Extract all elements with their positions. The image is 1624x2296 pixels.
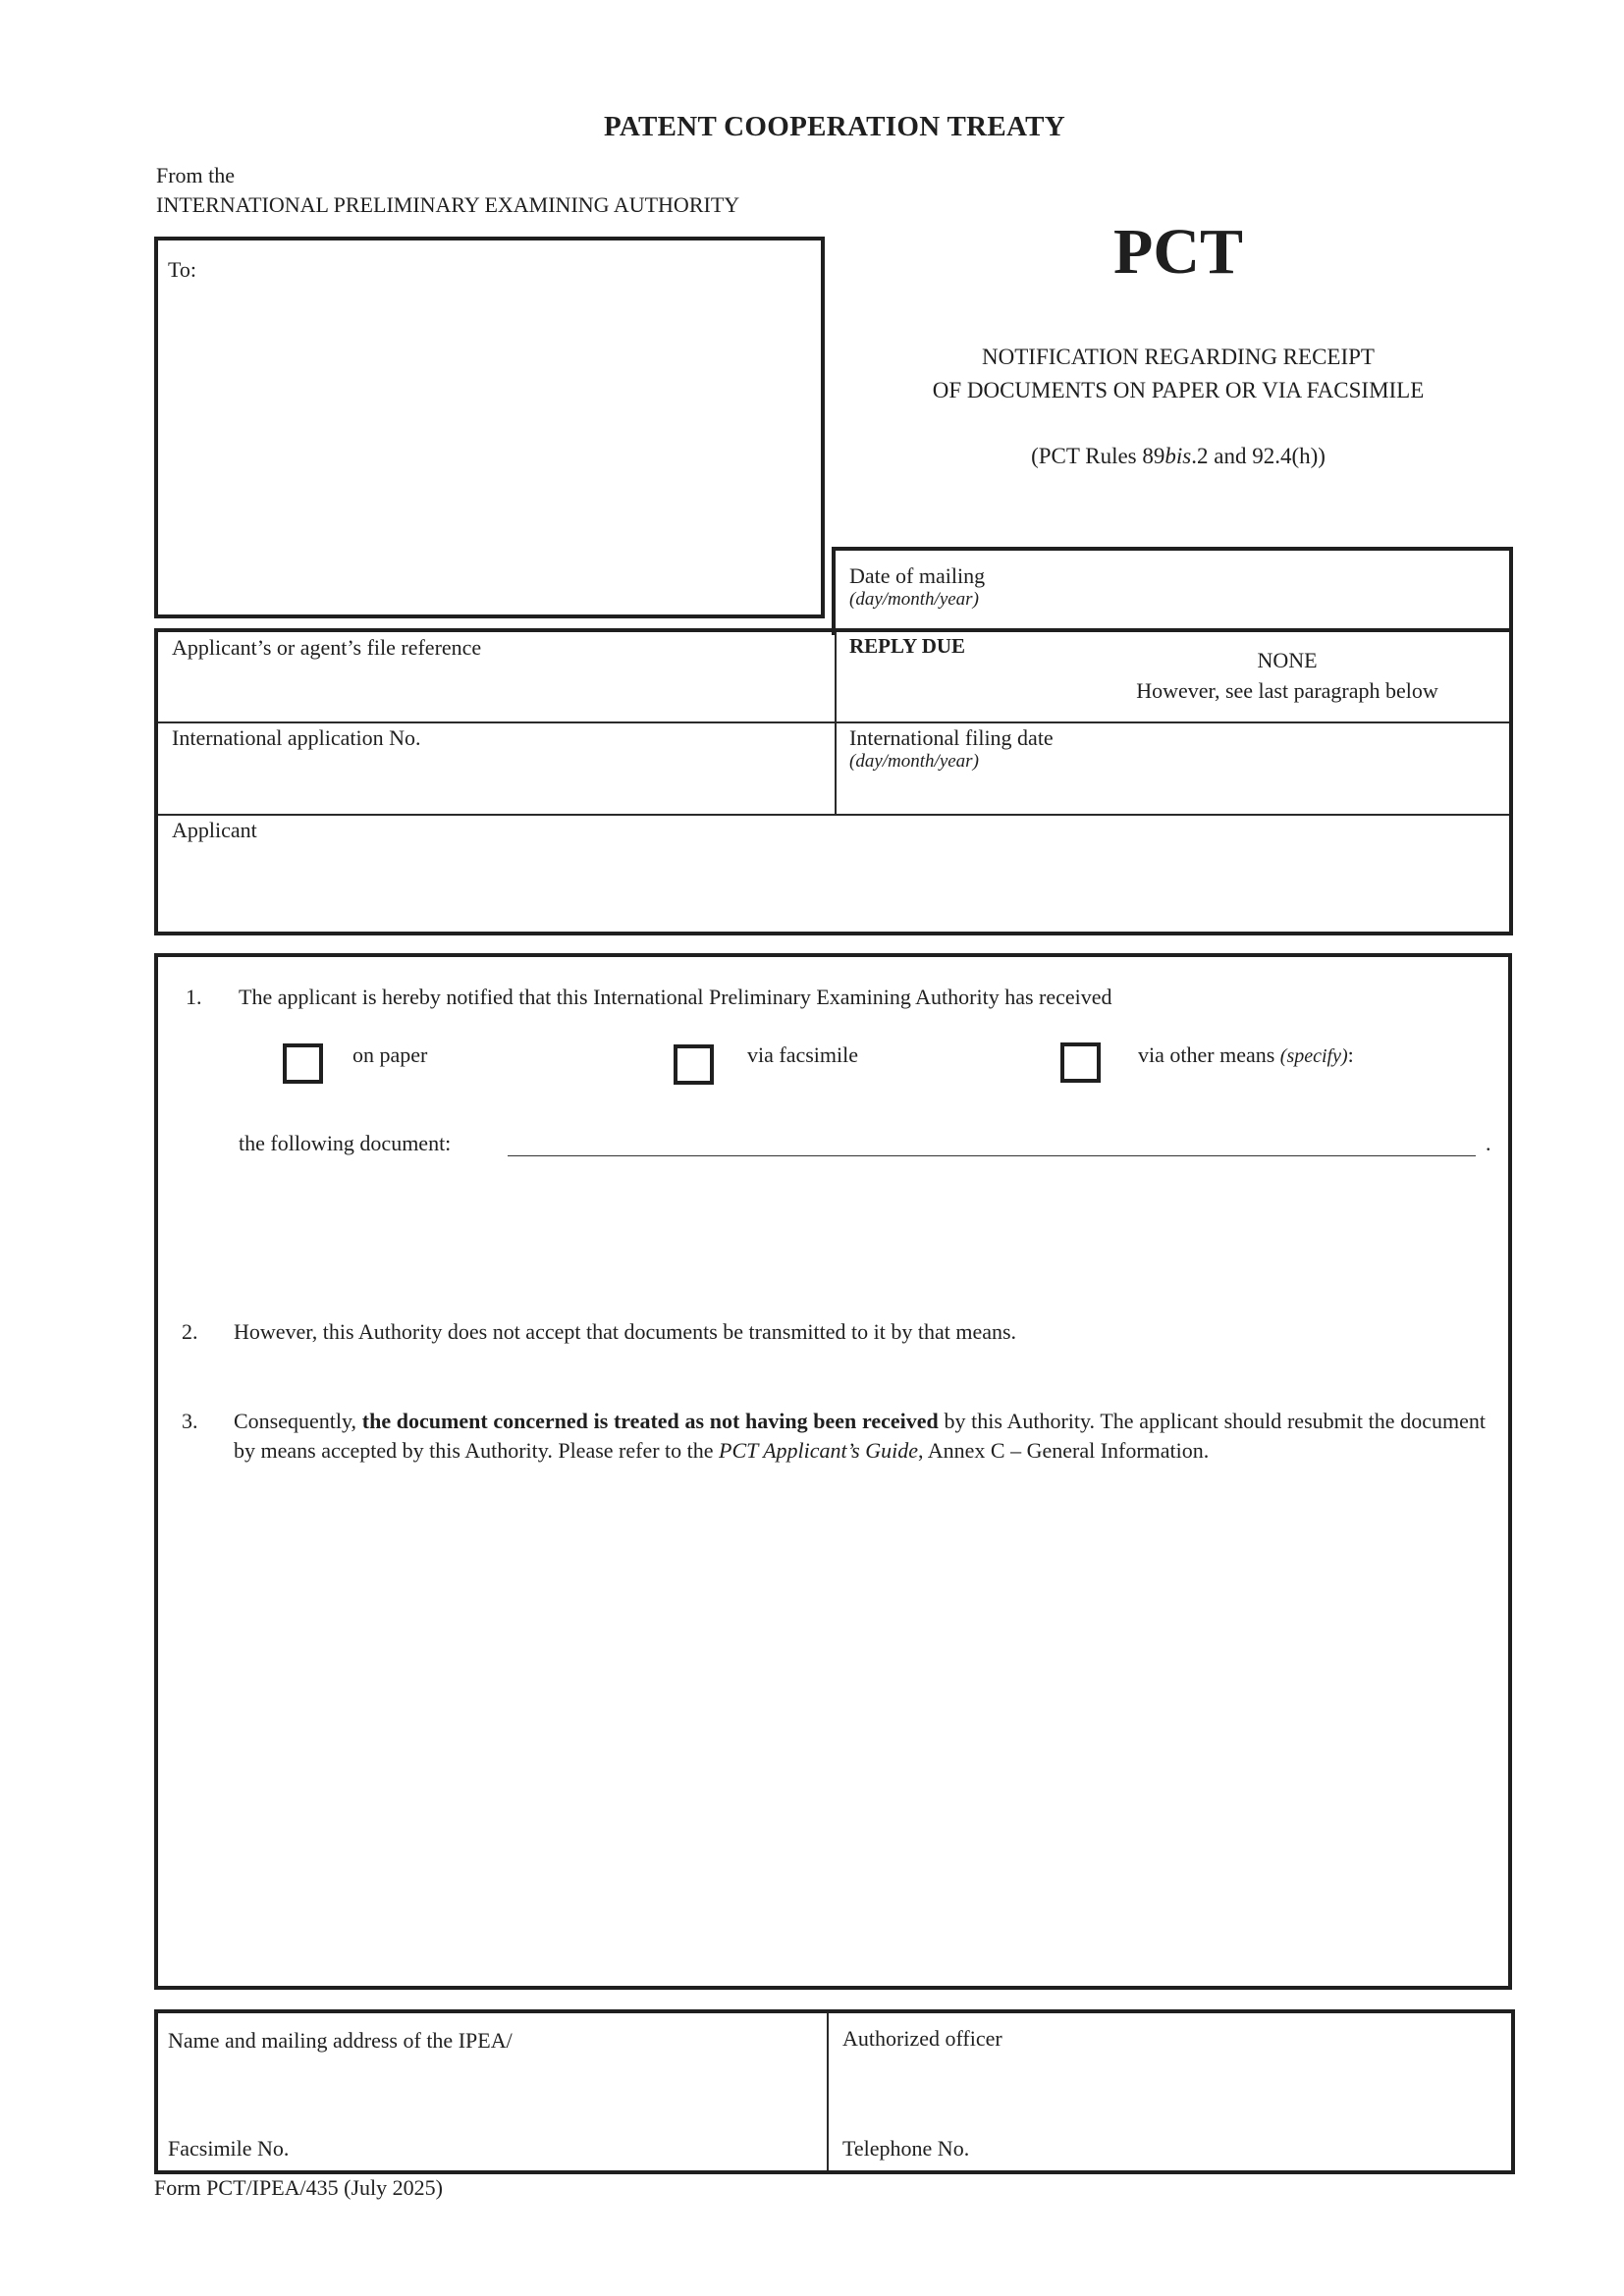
following-document-field[interactable] — [508, 1124, 1476, 1156]
to-label: To: — [168, 258, 196, 282]
applicant-label: Applicant — [172, 819, 257, 842]
following-document-label: the following document: — [239, 1132, 451, 1155]
facsimile-label: Facsimile No. — [168, 2137, 289, 2161]
form-identifier: Form PCT/IPEA/435 (July 2025) — [154, 2176, 443, 2200]
application-no-field[interactable] — [172, 758, 824, 799]
authorized-officer-label: Authorized officer — [842, 2027, 1002, 2051]
ipea-footer-box: Name and mailing address of the IPEA/ Fa… — [154, 2009, 1515, 2174]
option-on-paper-label: on paper — [352, 1043, 427, 1067]
applicants-guide-reference: PCT Applicant’s Guide — [719, 1438, 918, 1463]
item-2-text: However, this Authority does not accept … — [234, 1320, 1016, 1344]
other-means-colon: : — [1348, 1042, 1354, 1067]
ipea-address-label: Name and mailing address of the IPEA/ — [168, 2029, 513, 2053]
applicant-field[interactable] — [172, 852, 1491, 913]
notification-title-line-1: NOTIFICATION REGARDING RECEIPT — [884, 346, 1473, 369]
item-2-number: 2. — [182, 1320, 198, 1344]
date-of-mailing-box: Date of mailing (day/month/year) — [832, 547, 1513, 635]
file-reference-label: Applicant’s or agent’s file reference — [172, 636, 481, 660]
checkbox-other-means[interactable] — [1060, 1042, 1101, 1083]
other-means-text: via other means — [1138, 1042, 1280, 1067]
item-3-bold: the document concerned is treated as not… — [362, 1409, 939, 1433]
following-document-end: . — [1486, 1132, 1491, 1155]
checkbox-via-facsimile[interactable] — [674, 1044, 714, 1085]
treaty-title: PATENT COOPERATION TREATY — [0, 111, 1624, 142]
specify-hint: (specify) — [1280, 1045, 1348, 1067]
column-divider — [827, 2013, 829, 2170]
date-of-mailing-format: (day/month/year) — [849, 590, 979, 610]
item-3-prefix: Consequently, — [234, 1409, 362, 1433]
date-of-mailing-label: Date of mailing — [849, 564, 985, 588]
option-via-facsimile-label: via facsimile — [747, 1043, 858, 1067]
to-address-field[interactable] — [168, 288, 810, 606]
date-of-mailing-field[interactable] — [1091, 570, 1488, 612]
filing-date-field[interactable] — [1101, 740, 1497, 781]
notification-body-box: 1. The applicant is hereby notified that… — [154, 953, 1512, 1990]
telephone-label: Telephone No. — [842, 2137, 969, 2161]
pct-rules-reference: (PCT Rules 89bis.2 and 92.4(h)) — [884, 445, 1473, 468]
reply-due-label: REPLY DUE — [849, 634, 965, 658]
column-divider — [835, 632, 837, 816]
rules-italic: bis — [1164, 444, 1191, 468]
pct-logo: PCT — [982, 218, 1375, 287]
item-3-text: Consequently, the document concerned is … — [234, 1407, 1486, 1466]
item-3-number: 3. — [182, 1410, 198, 1433]
row-divider — [158, 814, 1509, 816]
rules-prefix: (PCT Rules 89 — [1031, 444, 1164, 468]
application-details-box: Applicant’s or agent’s file reference RE… — [154, 628, 1513, 935]
to-address-box: To: — [154, 237, 825, 618]
option-other-means-label: via other means (specify): — [1138, 1043, 1354, 1068]
notification-title-line-2: OF DOCUMENTS ON PAPER OR VIA FACSIMILE — [884, 379, 1473, 402]
checkbox-on-paper[interactable] — [283, 1043, 323, 1084]
item-3-suffix: , Annex C – General Information. — [918, 1438, 1209, 1463]
reply-due-value: NONE — [1179, 649, 1395, 672]
application-no-label: International application No. — [172, 726, 421, 750]
row-divider — [158, 721, 1509, 723]
filing-date-format: (day/month/year) — [849, 752, 979, 772]
filing-date-label: International filing date — [849, 726, 1054, 750]
reply-due-note: However, see last paragraph below — [1101, 679, 1474, 703]
rules-suffix: .2 and 92.4(h)) — [1191, 444, 1326, 468]
item-1-number: 1. — [186, 986, 202, 1009]
from-authority: INTERNATIONAL PRELIMINARY EXAMINING AUTH… — [156, 193, 739, 217]
file-reference-field[interactable] — [172, 669, 824, 711]
from-line-1: From the — [156, 164, 235, 187]
item-1-text: The applicant is hereby notified that th… — [239, 986, 1112, 1009]
